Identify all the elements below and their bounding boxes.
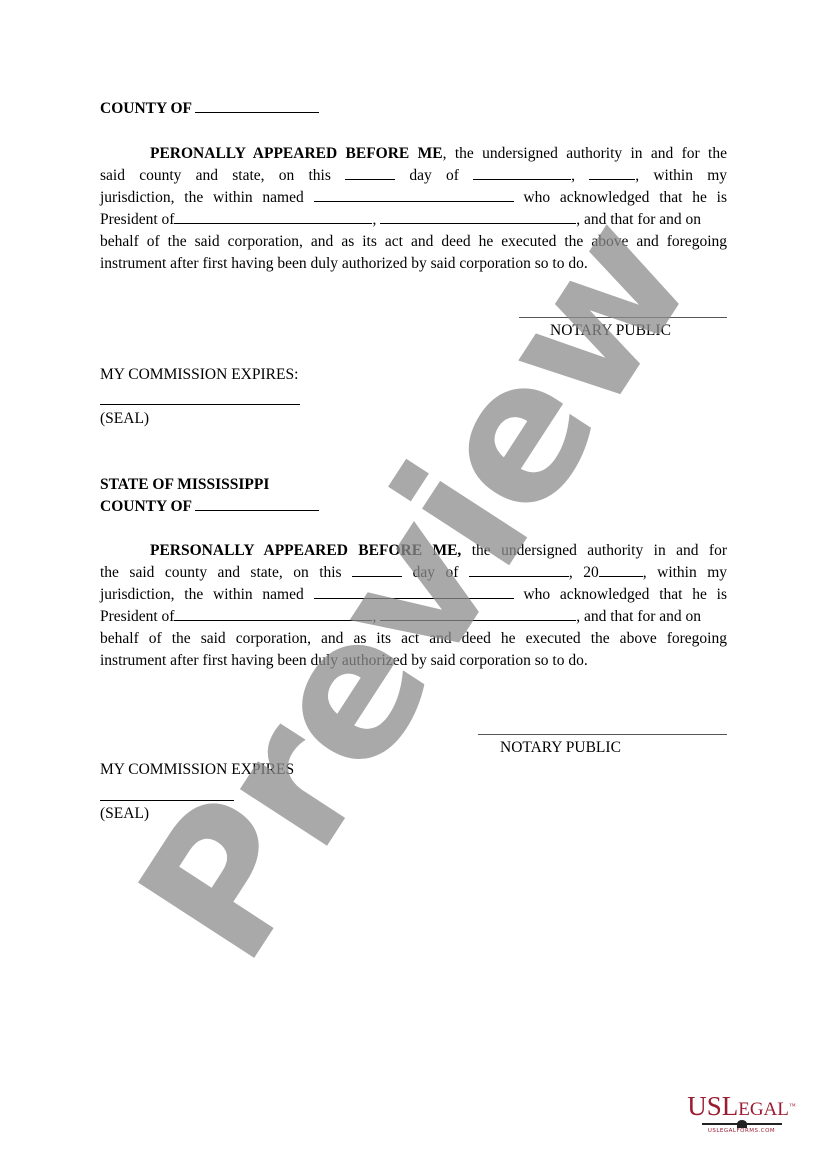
commission-expires-label-1: MY COMMISSION EXPIRES: (100, 364, 298, 386)
para-lead: PERONALLY APPEARED BEFORE ME (150, 145, 443, 162)
month-blank (469, 562, 569, 577)
para-text: jurisdiction, the within named (100, 189, 304, 206)
notary-public-label-1: NOTARY PUBLIC (550, 320, 671, 342)
para2-line3: jurisdiction, the within named who ackno… (100, 584, 727, 606)
day-blank (352, 562, 402, 577)
year-blank (589, 165, 635, 180)
para1-line5: behalf of the said corporation, and as i… (100, 231, 727, 253)
para2-line6: instrument after first having been duly … (100, 650, 727, 672)
para-text: , within my (635, 167, 727, 184)
para-text: , and that for and on (576, 211, 701, 228)
para2-line5: behalf of the said corporation, and as i… (100, 628, 727, 650)
para-text: , within my (643, 564, 727, 581)
para1-line1: PERONALLY APPEARED BEFORE ME, the unders… (100, 143, 727, 165)
logo-legal: Legal (722, 1091, 789, 1121)
name-blank (314, 187, 514, 202)
para-text: , and that for and on (576, 608, 701, 625)
para1-line2: said county and state, on this day of , … (100, 165, 727, 187)
county-blank (195, 496, 319, 511)
uslegal-logo: USLegal™ USLEGALFORMS.COM (684, 1093, 799, 1134)
logo-us: US (687, 1091, 722, 1121)
para1-line6: instrument after first having been duly … (100, 253, 727, 275)
para1-line3: jurisdiction, the within named who ackno… (100, 187, 727, 209)
commission-expires-label-2: MY COMMISSION EXPIRES (100, 759, 294, 781)
para-text: said county and state, on this (100, 167, 331, 184)
para2-line1: PERSONALLY APPEARED BEFORE ME, the under… (100, 540, 727, 562)
para2-line4: President of, , and that for and on (100, 606, 701, 628)
notary-signature-line-2 (478, 734, 727, 735)
para-text: , the undersigned authority in and for t… (443, 145, 727, 162)
month-blank (473, 165, 571, 180)
para-text: , (372, 211, 376, 228)
para-text: the undersigned authority in and for (461, 542, 727, 559)
seal-label-2: (SEAL) (100, 803, 149, 825)
commission-date-line-1 (100, 404, 300, 405)
para-text: who acknowledged that he is (523, 189, 727, 206)
state-heading: STATE OF MISSISSIPPI (100, 474, 269, 496)
para-text: President of (100, 211, 174, 228)
logo-url: USLEGALFORMS.COM (684, 1128, 799, 1134)
para2-line2: the said county and state, on this day o… (100, 562, 727, 584)
corporation-blank (174, 606, 372, 621)
county-blank (195, 98, 319, 113)
para-text: President of (100, 608, 174, 625)
county-label: COUNTY OF (100, 100, 191, 117)
notary-public-label-2: NOTARY PUBLIC (500, 737, 621, 759)
para-text: day of (413, 564, 459, 581)
corporation-blank-2 (380, 606, 576, 621)
commission-date-line-2 (100, 800, 234, 801)
para-text: jurisdiction, the within named (100, 586, 304, 603)
logo-tm: ™ (789, 1102, 796, 1110)
para-text: who acknowledged that he is (523, 586, 727, 603)
logo-wordmark: USLegal™ (684, 1093, 799, 1119)
county-heading-2: COUNTY OF (100, 496, 319, 518)
para-text: the said county and state, on this (100, 564, 342, 581)
para-text: day of (409, 167, 459, 184)
corporation-blank (174, 209, 372, 224)
seal-label-1: (SEAL) (100, 408, 149, 430)
name-blank (314, 584, 514, 599)
document-page: COUNTY OF PERONALLY APPEARED BEFORE ME, … (0, 0, 827, 1169)
day-blank (345, 165, 395, 180)
county-label: COUNTY OF (100, 498, 191, 515)
county-heading-1: COUNTY OF (100, 98, 319, 120)
notary-signature-line-1 (519, 317, 727, 318)
para-text: , 20 (569, 564, 599, 581)
eagle-icon (702, 1120, 782, 1128)
para-lead: PERSONALLY APPEARED BEFORE ME, (150, 542, 461, 559)
para-text: , (372, 608, 376, 625)
para1-line4: President of, , and that for and on (100, 209, 701, 231)
year-blank (599, 562, 643, 577)
corporation-blank-2 (380, 209, 576, 224)
para-text: , (571, 167, 575, 184)
